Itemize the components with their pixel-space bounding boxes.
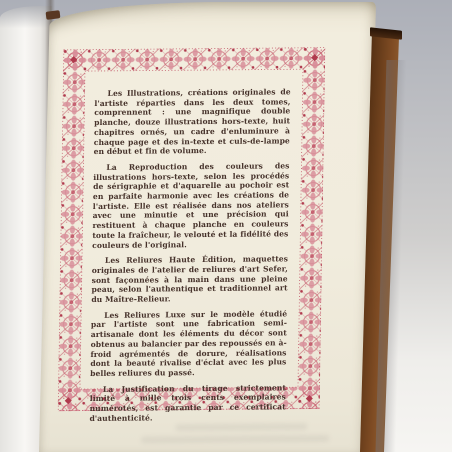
paragraph-reproduction: La Reproduction des couleurs des illustr… — [92, 161, 289, 250]
book-photo: Les Illustrations, créations originales … — [0, 0, 452, 452]
page-content: Les Illustrations, créations originales … — [41, 1, 374, 452]
book-page: Les Illustrations, créations originales … — [39, 2, 376, 452]
paragraph-reliures-luxe: Les Reliures Luxe sur le modèle étudié p… — [90, 309, 287, 379]
paragraph-reliures-haute-edition: Les Reliures Haute Édition, maquettes or… — [91, 255, 288, 305]
show-through-ghost — [141, 422, 351, 452]
certificate-text: Les Illustrations, créations originales … — [89, 87, 290, 429]
paragraph-justification: La Justification du tirage strictement l… — [89, 383, 286, 424]
paragraph-illustrations: Les Illustrations, créations originales … — [94, 87, 291, 157]
